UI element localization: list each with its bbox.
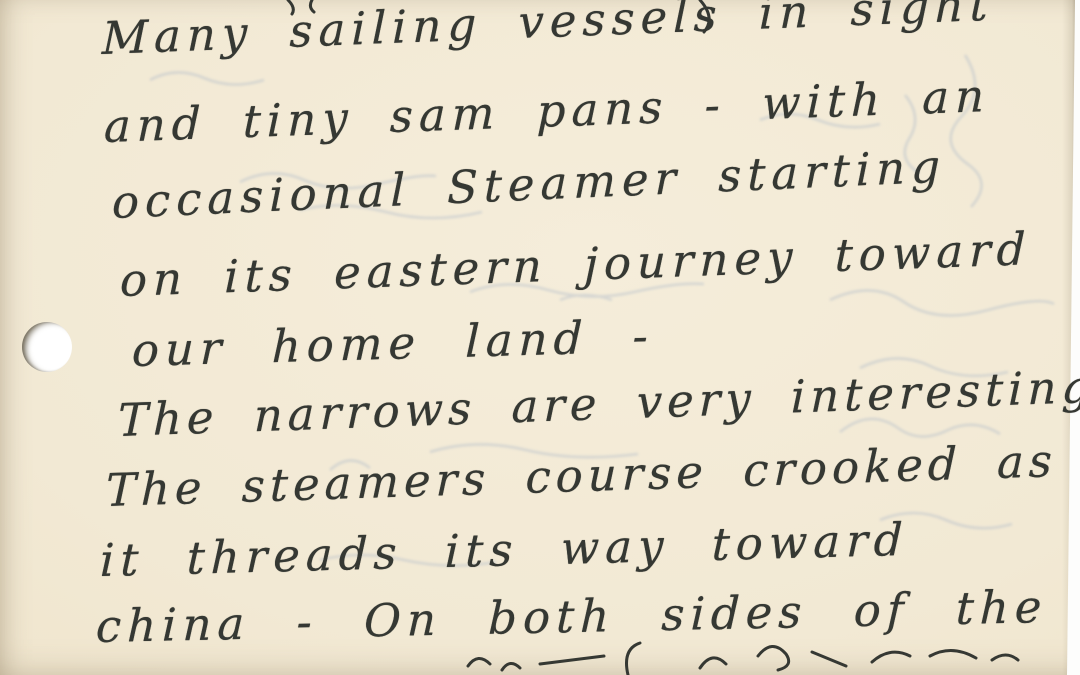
handwritten-line-1: Many sailing vessels in sight xyxy=(102,0,995,65)
scanned-letter-page: Many sailing vessels in sight and tiny s… xyxy=(0,0,1080,675)
hole-punch xyxy=(22,322,72,372)
handwritten-line-9: china - On both sides of the xyxy=(95,580,1048,653)
handwritten-line-4: on its eastern journey toward xyxy=(120,222,1032,307)
handwritten-line-3: occasional Steamer starting xyxy=(112,140,946,229)
handwritten-line-7: The steamers course crooked as xyxy=(105,434,1057,517)
handwritten-line-8: it threads its way toward xyxy=(99,513,909,587)
handwritten-line-5: our home land - xyxy=(131,309,654,377)
handwritten-line-2: and tiny sam pans - with an xyxy=(104,69,991,153)
letter-body: Many sailing vessels in sight and tiny s… xyxy=(0,0,1080,675)
